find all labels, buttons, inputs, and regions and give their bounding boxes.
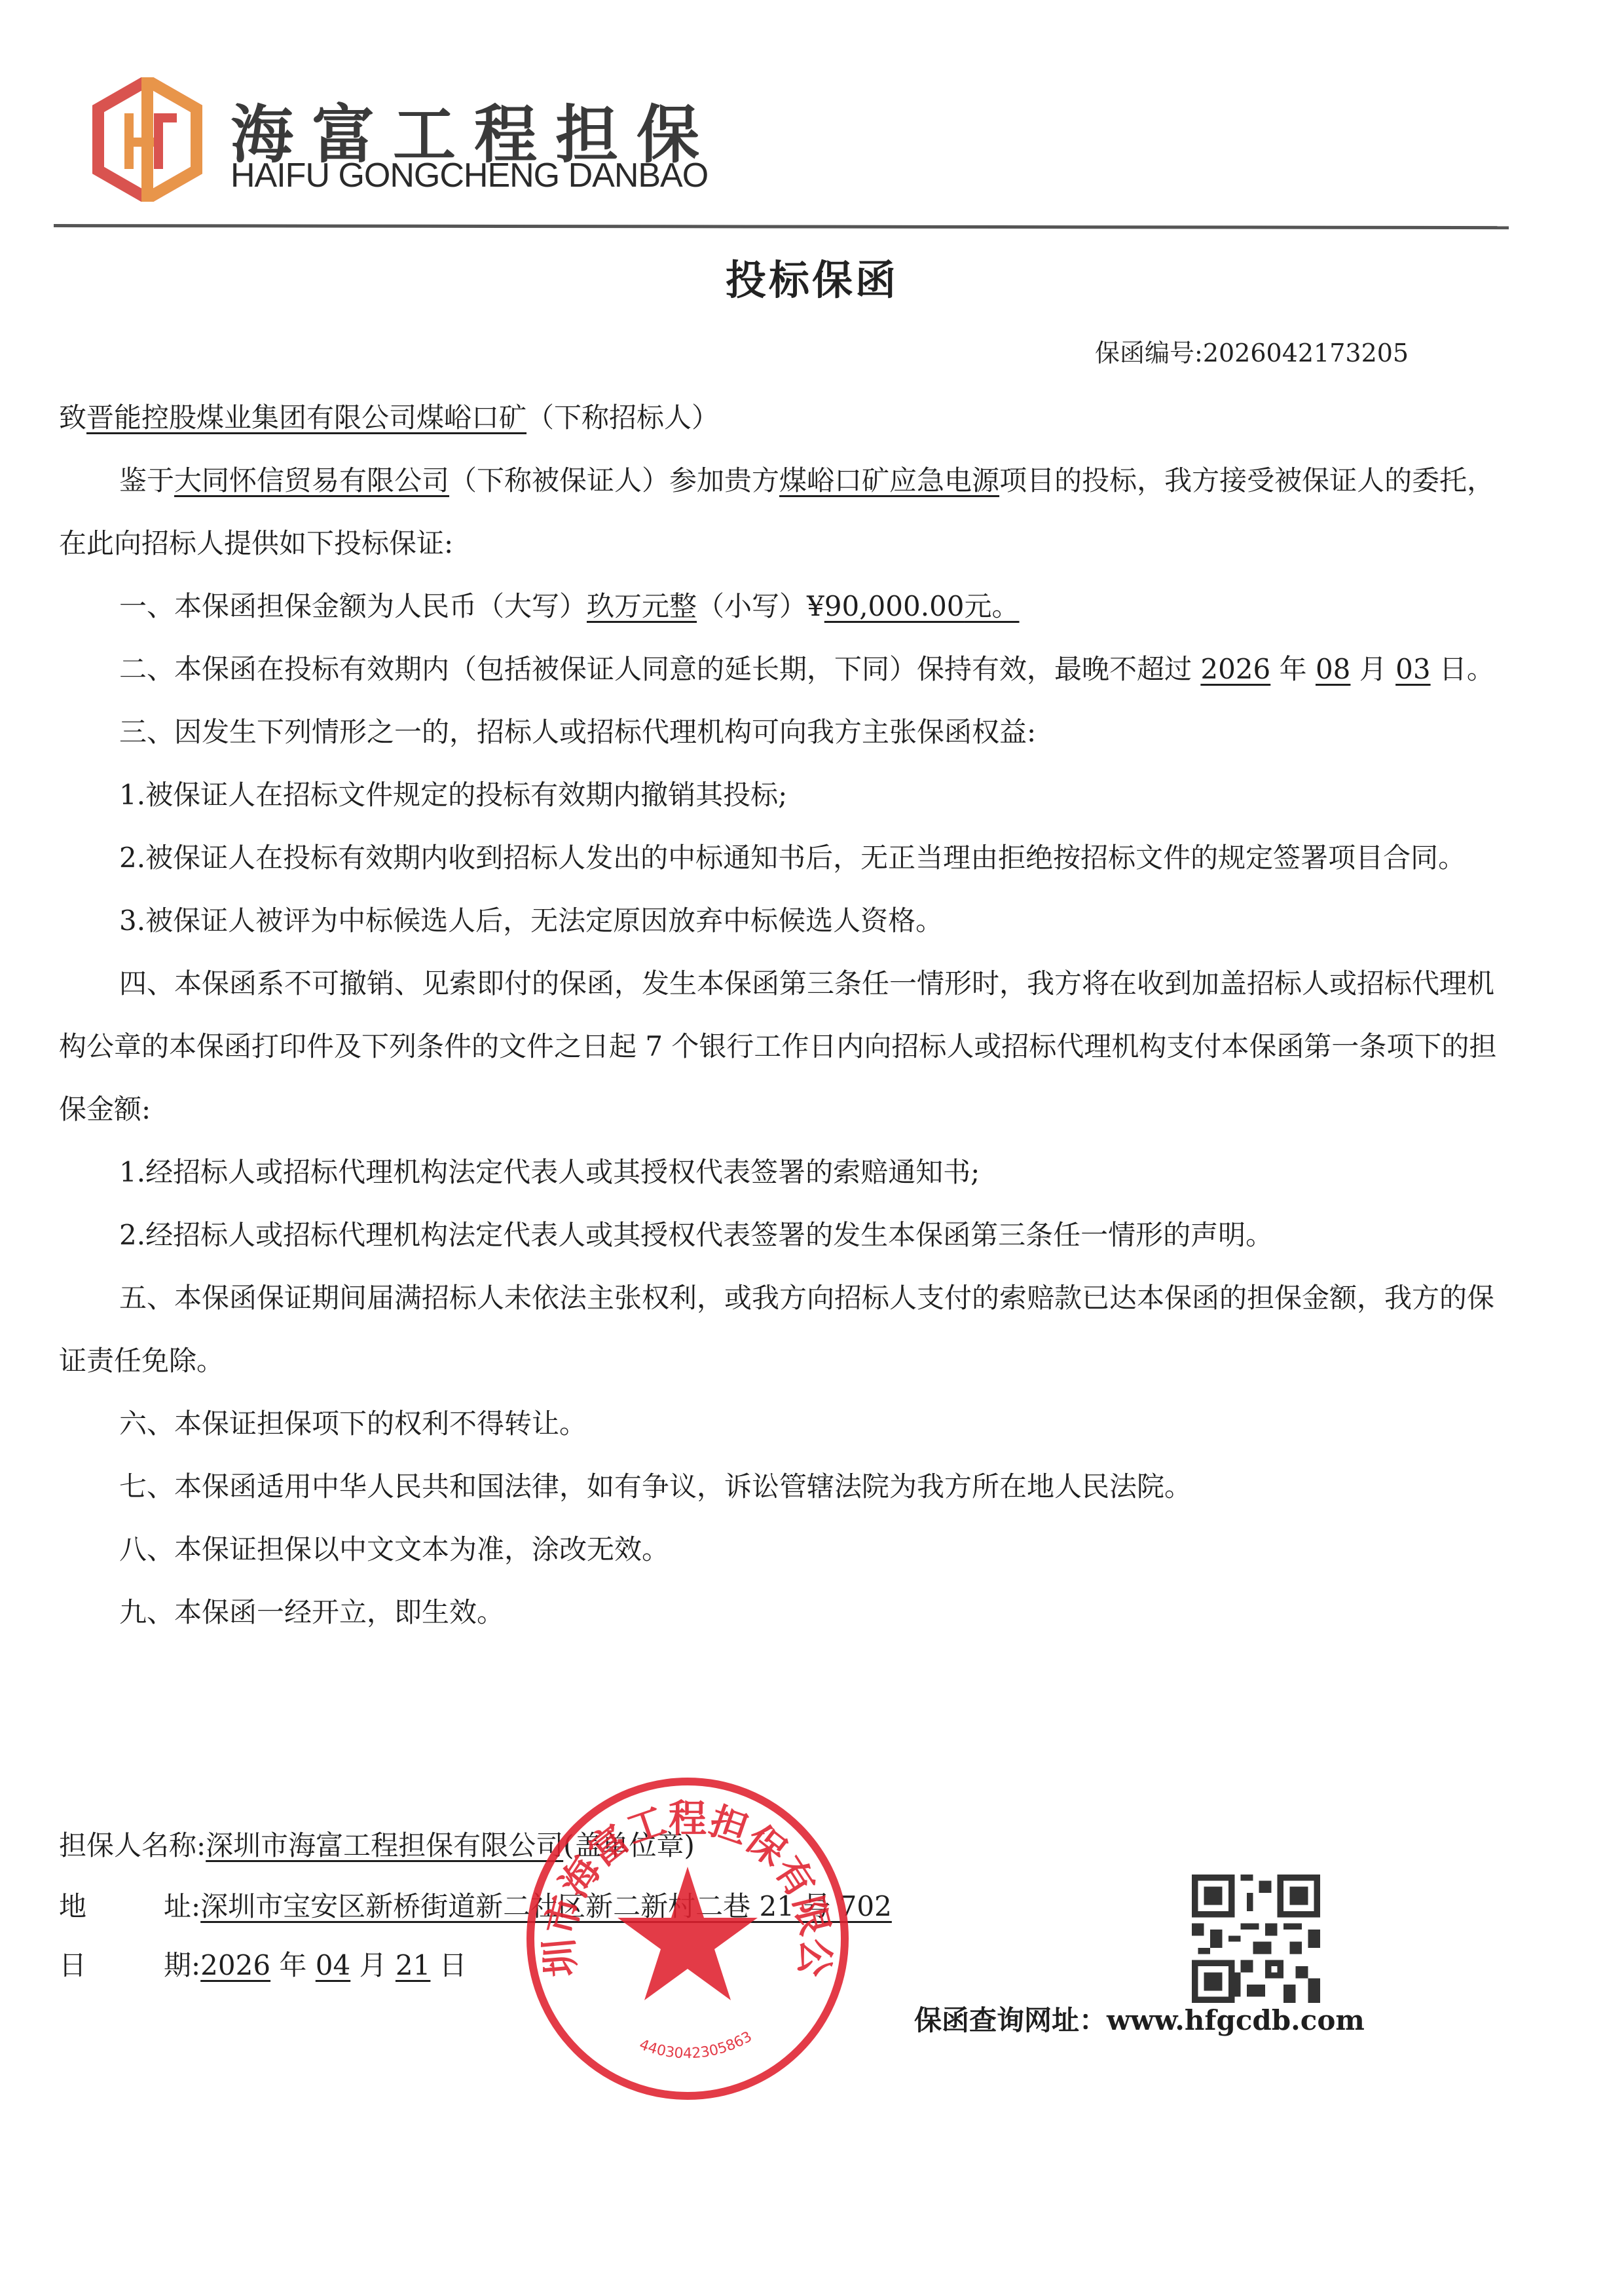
clause-2-text: 二、本保函在投标有效期内（包括被保证人同意的延长期，下同）保持有效，最晚不超过 (119, 653, 1200, 685)
clause-3: 三、因发生下列情形之一的，招标人或招标代理机构可向我方主张保函权益: (59, 701, 1513, 764)
qr-code-icon[interactable] (1192, 1875, 1320, 2003)
clause-3-item-1: 1.被保证人在招标文件规定的投标有效期内撤销其投标; (59, 764, 1513, 827)
letter-number: 保函编号:2026042173205 (1095, 333, 1409, 369)
company-logo-icon (92, 77, 203, 202)
clause-8: 八、本保证担保以中文文本为准，涂改无效。 (59, 1518, 1513, 1581)
project-name: 煤峪口矿应急电源 (779, 464, 999, 496)
issue-day: 21 (396, 1949, 430, 1981)
date-label-2: 期: (164, 1949, 200, 1981)
expiry-year: 2026 (1200, 653, 1270, 685)
letter-body: 致晋能控股煤业集团有限公司煤峪口矿（下称招标人） 鉴于大同怀信贸易有限公司（下称… (59, 386, 1513, 1644)
clause-4-item-2: 2.经招标人或招标代理机构法定代表人或其授权代表签署的发生本保函第三条任一情形的… (59, 1204, 1513, 1267)
clause-1-text: 一、本保函担保金额为人民币（大写） (119, 590, 587, 622)
clause-1-text-2: （小写）¥ (697, 590, 824, 622)
svg-text:4403042305863: 4403042305863 (637, 2028, 755, 2062)
amount-number: 90,000.00 (824, 590, 965, 622)
date-label-1: 日 (59, 1949, 164, 1981)
addressee-name: 晋能控股煤业集团有限公司煤峪口矿 (86, 401, 526, 434)
intro-text-2: （下称被保证人）参加贵方 (449, 464, 779, 496)
guarantor-label: 担保人名称: (59, 1829, 206, 1861)
amount-unit: 元。 (965, 590, 1020, 622)
guarantor-name: 深圳市海富工程担保有限公司 (206, 1829, 563, 1861)
intro-paragraph: 鉴于大同怀信贸易有限公司（下称被保证人）参加贵方煤峪口矿应急电源项目的投标，我方… (59, 449, 1513, 575)
issue-year: 2026 (200, 1949, 270, 1981)
clause-7: 七、本保函适用中华人民共和国法律，如有争议，诉讼管辖法院为我方所在地人民法院。 (59, 1455, 1513, 1518)
amount-chinese: 玖万元整 (587, 590, 697, 622)
query-label: 保函查询网址： (914, 2004, 1107, 2036)
clause-3-item-3: 3.被保证人被评为中标候选人后，无法定原因放弃中标候选人资格。 (59, 889, 1513, 952)
query-line: 保函查询网址：www.hfgcdb.com (914, 1999, 1365, 2038)
company-seal-icon: 深圳市海富工程担保有限公司 4403042305863 (517, 1768, 858, 2109)
expiry-day: 03 (1395, 653, 1430, 685)
expiry-month: 08 (1316, 653, 1350, 685)
month-unit: 月 (350, 1949, 396, 1981)
clause-3-item-2: 2.被保证人在投标有效期内收到招标人发出的中标通知书后，无正当理由拒绝按招标文件… (59, 827, 1513, 889)
applicant-name: 大同怀信贸易有限公司 (174, 464, 449, 496)
brand-name-pinyin: HAIFU GONGCHENG DANBAO (231, 156, 708, 195)
letter-number-value: 2026042173205 (1203, 339, 1409, 367)
document-title: 投标保函 (0, 248, 1624, 306)
clause-9: 九、本保函一经开立，即生效。 (59, 1581, 1513, 1644)
day-unit: 日。 (1431, 653, 1494, 685)
clause-1: 一、本保函担保金额为人民币（大写）玖万元整（小写）¥90,000.00元。 (59, 575, 1513, 638)
letter-number-label: 保函编号: (1095, 339, 1203, 367)
address-label-2: 址: (164, 1890, 200, 1922)
clause-2: 二、本保函在投标有效期内（包括被保证人同意的延长期，下同）保持有效，最晚不超过 … (59, 638, 1513, 701)
addressee-suffix: （下称招标人） (526, 401, 719, 434)
intro-text-1: 鉴于 (119, 464, 174, 496)
seal-code: 4403042305863 (637, 2028, 755, 2062)
month-unit: 月 (1350, 653, 1395, 685)
clause-4-item-1: 1.经招标人或招标代理机构法定代表人或其授权代表签署的索赔通知书; (59, 1141, 1513, 1204)
date-line: 日期:2026 年 04 月 21 日 (59, 1944, 467, 1983)
issue-month: 04 (316, 1949, 350, 1981)
year-unit: 年 (270, 1949, 316, 1981)
day-unit: 日 (430, 1949, 466, 1981)
query-url-link[interactable]: www.hfgcdb.com (1107, 2004, 1365, 2036)
addressee-prefix: 致 (59, 401, 86, 434)
clause-5: 五、本保函保证期间届满招标人未依法主张权利，或我方向招标人支付的索赔款已达本保函… (59, 1267, 1513, 1392)
addressee-line: 致晋能控股煤业集团有限公司煤峪口矿（下称招标人） (59, 386, 1513, 449)
header-divider (54, 224, 1509, 229)
clause-6: 六、本保证担保项下的权利不得转让。 (59, 1392, 1513, 1455)
address-label-1: 地 (59, 1890, 164, 1922)
year-unit: 年 (1270, 653, 1316, 685)
clause-4: 四、本保函系不可撤销、见索即付的保函，发生本保函第三条任一情形时，我方将在收到加… (59, 952, 1513, 1141)
